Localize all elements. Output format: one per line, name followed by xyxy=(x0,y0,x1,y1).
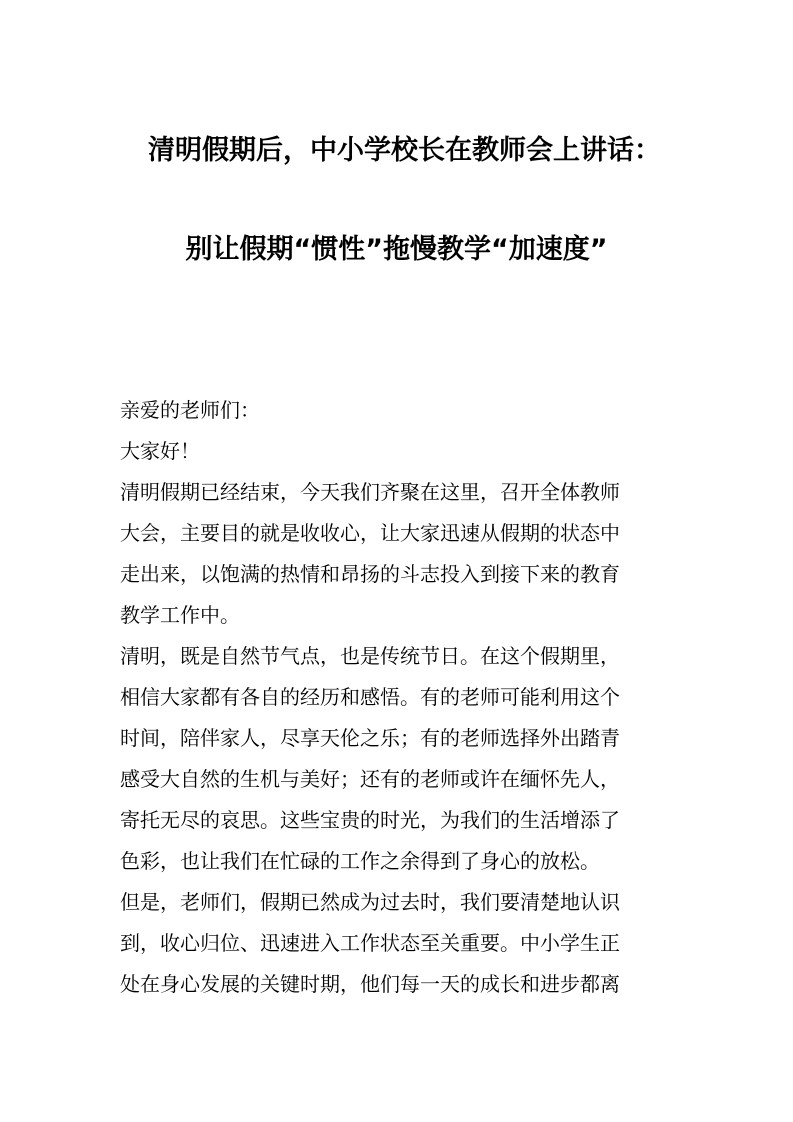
paragraph-line: 大会，主要目的就是收收心，让大家迅速从假期的状态中 xyxy=(120,517,680,558)
document-page: 清明假期后，中小学校长在教师会上讲话： 别让假期“惯性”拖慢教学“加速度” 亲爱… xyxy=(0,0,793,1122)
paragraph-line: 时间，陪伴家人，尽享天伦之乐；有的老师选择外出踏青 xyxy=(120,722,680,763)
salutation: 亲爱的老师们： xyxy=(120,394,680,435)
paragraph-line: 感受大自然的生机与美好；还有的老师或许在缅怀先人， xyxy=(120,763,680,804)
document-body: 亲爱的老师们： 大家好！ 清明假期已经结束，今天我们齐聚在这里，召开全体教师 大… xyxy=(120,394,680,1009)
document-title-line-2: 别让假期“惯性”拖慢教学“加速度” xyxy=(0,232,793,268)
document-title-line-1: 清明假期后，中小学校长在教师会上讲话： xyxy=(0,133,793,169)
paragraph-line: 教学工作中。 xyxy=(120,599,680,640)
paragraph-line: 到，收心归位、迅速进入工作状态至关重要。中小学生正 xyxy=(120,927,680,968)
paragraph-line: 相信大家都有各自的经历和感悟。有的老师可能利用这个 xyxy=(120,681,680,722)
paragraph-line: 寄托无尽的哀思。这些宝贵的时光，为我们的生活增添了 xyxy=(120,804,680,845)
greeting: 大家好！ xyxy=(120,435,680,476)
paragraph-line: 清明假期已经结束，今天我们齐聚在这里，召开全体教师 xyxy=(120,476,680,517)
paragraph-line: 清明，既是自然节气点，也是传统节日。在这个假期里， xyxy=(120,640,680,681)
paragraph-line: 但是，老师们，假期已然成为过去时，我们要清楚地认识 xyxy=(120,886,680,927)
paragraph-line: 处在身心发展的关键时期，他们每一天的成长和进步都离 xyxy=(120,968,680,1009)
paragraph-line: 色彩，也让我们在忙碌的工作之余得到了身心的放松。 xyxy=(120,845,680,886)
paragraph-line: 走出来，以饱满的热情和昂扬的斗志投入到接下来的教育 xyxy=(120,558,680,599)
